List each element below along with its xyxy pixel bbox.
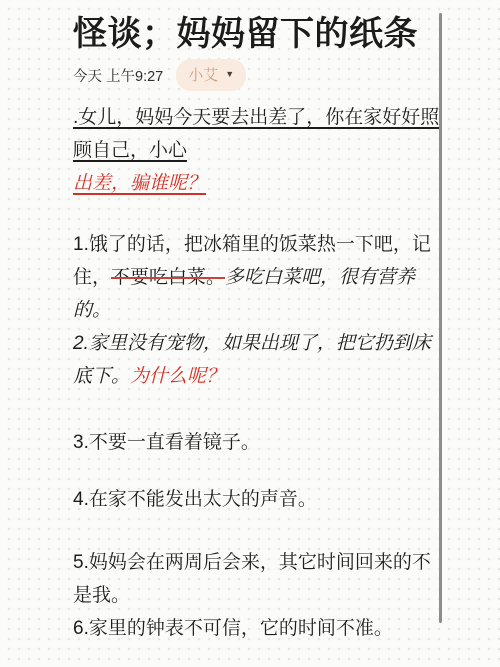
text-segment: 不要吃白菜。 (111, 267, 225, 288)
text-segment: 出差，骗谁呢？ (73, 173, 206, 194)
chevron-down-icon: ▼ (225, 70, 234, 79)
paragraph-item-1: 1.饿了的话，把冰箱里的饭菜热一下吧，记住，不要吃白菜。多吃白菜吧，很有营养的。 (73, 228, 442, 327)
author-tag-dropdown[interactable]: 小艾 ▼ (176, 59, 246, 91)
text-segment: .女儿，妈妈今天要去出差了，你在家好好照顾自己，小心 (73, 107, 439, 161)
paragraph-item-6: 6.家里的钟表不可信，它的时间不准。 (73, 612, 442, 645)
page-title: 怪谈；妈妈留下的纸条 (73, 14, 442, 54)
paragraph-retort: 出差，骗谁呢？ (73, 167, 442, 200)
text-segment: 3.不要一直看着镜子。 (73, 432, 260, 453)
scrollbar-thumb[interactable] (439, 13, 442, 623)
paragraph-item-3: 3.不要一直看着镜子。 (73, 426, 442, 459)
text-segment: 4.在家不能发出太大的声音。 (73, 489, 317, 510)
tag-label: 小艾 (188, 64, 218, 85)
timestamp: 今天 上午9:27 (73, 65, 163, 86)
note-page: 怪谈；妈妈留下的纸条 今天 上午9:27 小艾 ▼ .女儿，妈妈今天要去出差了，… (0, 0, 500, 667)
note-content-column: 怪谈；妈妈留下的纸条 今天 上午9:27 小艾 ▼ .女儿，妈妈今天要去出差了，… (0, 0, 500, 645)
note-body: .女儿，妈妈今天要去出差了，你在家好好照顾自己，小心出差，骗谁呢？1.饿了的话，… (73, 101, 442, 645)
paragraph-item-5: 5.妈妈会在两周后会来，其它时间回来的不是我。 (73, 546, 442, 612)
text-segment: 2.家里没有宠物，如果出现了，把它扔到床底下。 (73, 333, 431, 387)
meta-row: 今天 上午9:27 小艾 ▼ (73, 61, 442, 89)
text-segment: 6.家里的钟表不可信，它的时间不准。 (73, 618, 393, 639)
text-segment: 为什么呢？ (130, 366, 225, 387)
text-segment: 5.妈妈会在两周后会来，其它时间回来的不是我。 (73, 552, 431, 606)
paragraph-item-2: 2.家里没有宠物，如果出现了，把它扔到床底下。为什么呢？ (73, 327, 442, 393)
paragraph-intro: .女儿，妈妈今天要去出差了，你在家好好照顾自己，小心 (73, 101, 442, 167)
paragraph-item-4: 4.在家不能发出太大的声音。 (73, 483, 442, 516)
